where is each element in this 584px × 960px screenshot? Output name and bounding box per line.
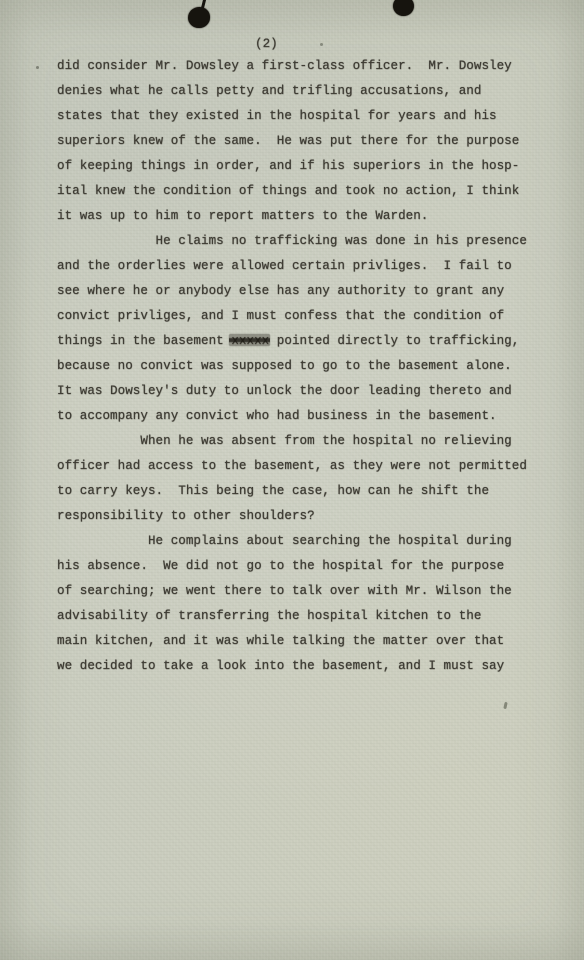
paper-speck (320, 43, 323, 46)
text-line: because no convict was supposed to go to… (57, 354, 537, 379)
text-line: to accompany any convict who had busines… (57, 404, 537, 429)
text-line: see where he or anybody else has any aut… (57, 279, 537, 304)
text-line: convict privliges, and I must confess th… (57, 304, 537, 329)
text-line: did consider Mr. Dowsley a first-class o… (57, 54, 537, 79)
text-line: of keeping things in order, and if his s… (57, 154, 537, 179)
text-line: and the orderlies were allowed certain p… (57, 254, 537, 279)
text-line: It was Dowsley's duty to unlock the door… (57, 379, 537, 404)
text-line: When he was absent from the hospital no … (57, 429, 537, 454)
text-line: superiors knew of the same. He was put t… (57, 129, 537, 154)
scanned-document-page: (2) did consider Mr. Dowsley a first-cla… (0, 0, 584, 960)
fastener-right-icon (393, 0, 414, 16)
typewritten-text-block: did consider Mr. Dowsley a first-class o… (57, 54, 537, 679)
text-line: He complains about searching the hospita… (57, 529, 537, 554)
fastener-left-icon (188, 7, 210, 28)
text-line: He claims no trafficking was done in his… (57, 229, 537, 254)
paper-speck (36, 66, 39, 69)
text-line: main kitchen, and it was while talking t… (57, 629, 537, 654)
text-line: advisability of transferring the hospita… (57, 604, 537, 629)
paper-speck (503, 702, 507, 709)
text-line: denies what he calls petty and trifling … (57, 79, 537, 104)
text-line: things in the basement xxxxx pointed dir… (57, 329, 537, 354)
text-line: to carry keys. This being the case, how … (57, 479, 537, 504)
text-line: ital knew the condition of things and to… (57, 179, 537, 204)
text-line: we decided to take a look into the basem… (57, 654, 537, 679)
overstruck-word-mark (229, 334, 270, 346)
text-line: of searching; we went there to talk over… (57, 579, 537, 604)
text-line: it was up to him to report matters to th… (57, 204, 537, 229)
text-line: his absence. We did not go to the hospit… (57, 554, 537, 579)
text-line: states that they existed in the hospital… (57, 104, 537, 129)
text-line: officer had access to the basement, as t… (57, 454, 537, 479)
text-line: responsibility to other shoulders? (57, 504, 537, 529)
